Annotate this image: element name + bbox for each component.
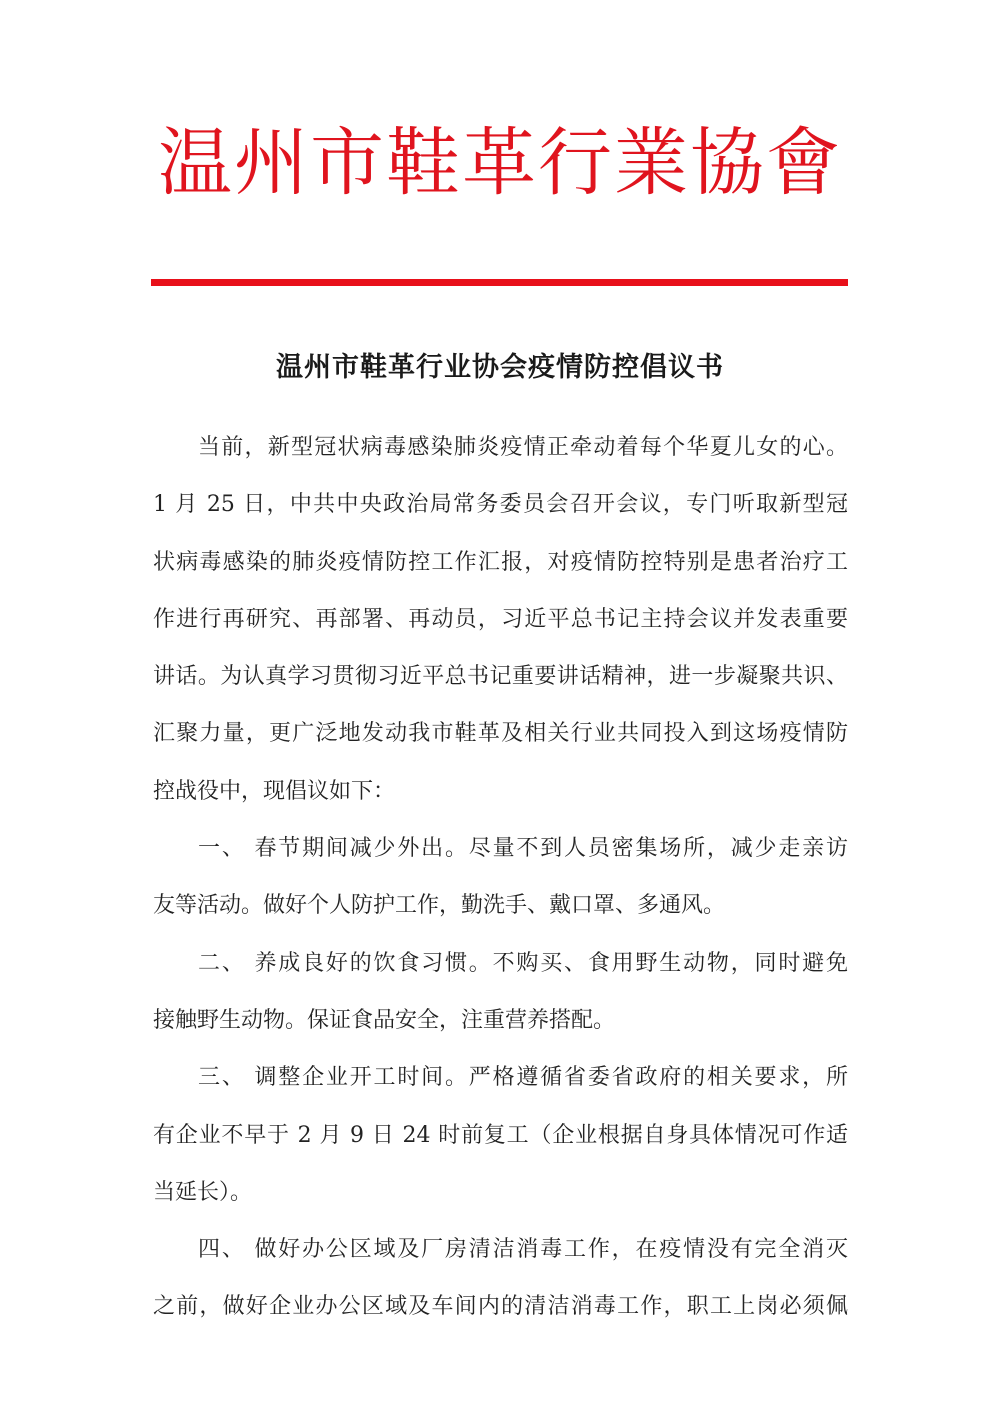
list-item-4-line: 之前，做好企业办公区域及车间内的清洁消毒工作，职工上岗必须佩 [153, 1287, 848, 1344]
paragraph-line: 控战役中，现倡议如下： [153, 772, 848, 829]
letterhead-org-name: 温州市鞋革行業協會 [0, 118, 1000, 208]
list-item-3-line: 有企业不早于 2 月 9 日 24 时前复工（企业根据自身具体情况可作适 [153, 1116, 848, 1173]
letterhead-red-rule [151, 279, 848, 286]
paragraph-line: 状病毒感染的肺炎疫情防控工作汇报，对疫情防控特别是患者治疗工 [153, 543, 848, 600]
list-item-3-line: 当延长）。 [153, 1173, 848, 1230]
list-item-3-line: 三、 调整企业开工时间。严格遵循省委省政府的相关要求，所 [153, 1058, 848, 1115]
paragraph-line: 汇聚力量，更广泛地发动我市鞋革及相关行业共同投入到这场疫情防 [153, 714, 848, 771]
paragraph-line: 1 月 25 日，中共中央政治局常务委员会召开会议，专门听取新型冠 [153, 485, 848, 542]
paragraph-line: 讲话。为认真学习贯彻习近平总书记重要讲话精神，进一步凝聚共识、 [153, 657, 848, 714]
paragraph-line: 当前，新型冠状病毒感染肺炎疫情正牵动着每个华夏儿女的心。 [153, 428, 848, 485]
list-item-4-line: 四、 做好办公区域及厂房清洁消毒工作，在疫情没有完全消灭 [153, 1230, 848, 1287]
list-item-2-line: 二、 养成良好的饮食习惯。不购买、食用野生动物，同时避免 [153, 944, 848, 1001]
paragraph-line: 作进行再研究、再部署、再动员，习近平总书记主持会议并发表重要 [153, 600, 848, 657]
list-item-1-line: 友等活动。做好个人防护工作，勤洗手、戴口罩、多通风。 [153, 886, 848, 943]
list-item-1-line: 一、 春节期间减少外出。尽量不到人员密集场所，减少走亲访 [153, 829, 848, 886]
document-title: 温州市鞋革行业协会疫情防控倡议书 [0, 348, 1000, 388]
document-body: 当前，新型冠状病毒感染肺炎疫情正牵动着每个华夏儿女的心。 1 月 25 日，中共… [153, 428, 848, 1345]
list-item-2-line: 接触野生动物。保证食品安全，注重营养搭配。 [153, 1001, 848, 1058]
